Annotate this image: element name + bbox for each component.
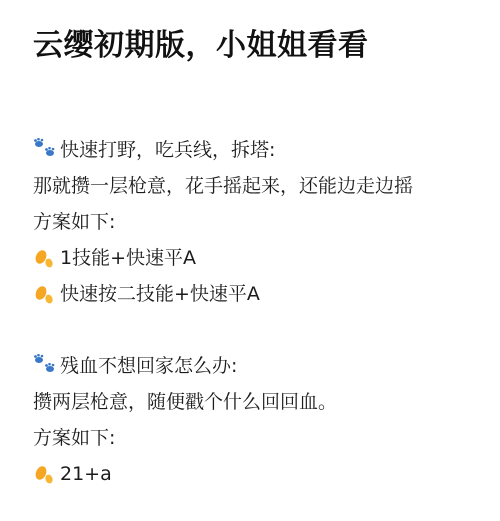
list-item-text: 21+a bbox=[60, 463, 112, 485]
section-2-description: 攒两层枪意，随便戳个什么回回血。 bbox=[33, 388, 337, 416]
section-2-heading: 残血不想回家怎么办: bbox=[33, 352, 237, 380]
paw-prints-icon bbox=[33, 138, 59, 160]
list-item: 快速按二技能+快速平A bbox=[33, 280, 260, 308]
section-1-plan-label: 方案如下: bbox=[33, 208, 115, 236]
list-item: 1技能+快速平A bbox=[33, 244, 196, 272]
leaf-icon bbox=[33, 462, 59, 484]
section-heading-text: 残血不想回家怎么办: bbox=[60, 355, 237, 377]
list-item: 21+a bbox=[33, 460, 112, 488]
leaf-icon bbox=[33, 246, 59, 268]
paw-prints-icon bbox=[33, 354, 59, 376]
section-1-description: 那就攒一层枪意，花手摇起来，还能边走边摇 bbox=[33, 172, 413, 200]
leaf-icon bbox=[33, 282, 59, 304]
list-item-text: 快速按二技能+快速平A bbox=[60, 283, 260, 305]
section-1-heading: 快速打野，吃兵线，拆塔: bbox=[33, 136, 275, 164]
section-heading-text: 快速打野，吃兵线，拆塔: bbox=[60, 139, 275, 161]
section-2-plan-label: 方案如下: bbox=[33, 424, 115, 452]
page-title: 云缨初期版，小姐姐看看 bbox=[33, 26, 369, 66]
list-item-text: 1技能+快速平A bbox=[60, 247, 196, 269]
